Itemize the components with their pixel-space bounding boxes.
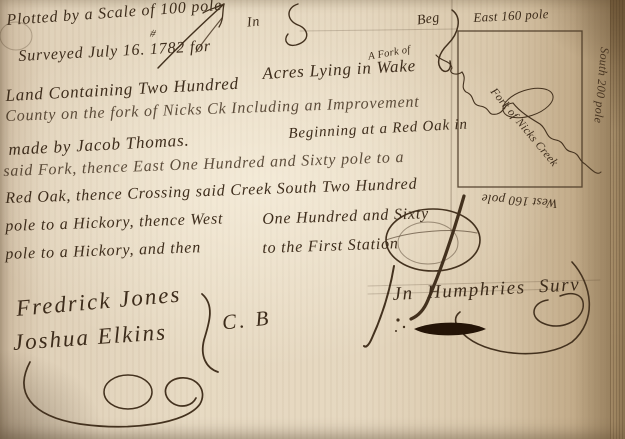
paper-edge-shadow	[573, 0, 611, 439]
plat-begin-label: Beg	[416, 11, 441, 30]
paper-edge-strip	[610, 0, 625, 439]
swash-loop	[104, 375, 152, 409]
ink-blot	[414, 323, 486, 336]
ink-speck	[403, 326, 405, 328]
signature-brace	[202, 294, 218, 372]
signature-descender	[364, 266, 394, 347]
fold-crease-horizontal	[300, 29, 456, 31]
plat-square	[458, 31, 582, 187]
ink-speck	[395, 330, 397, 332]
chain-bearer-abbrev: C. B	[221, 305, 273, 335]
document-page: Plotted by a Scale of 100 pole In # Surv…	[0, 0, 625, 439]
fold-crease	[451, 0, 452, 232]
s-flourish	[286, 4, 307, 45]
signature-swash	[24, 362, 203, 427]
ink-speck	[396, 318, 399, 321]
scale-unit-note: In	[246, 14, 261, 31]
